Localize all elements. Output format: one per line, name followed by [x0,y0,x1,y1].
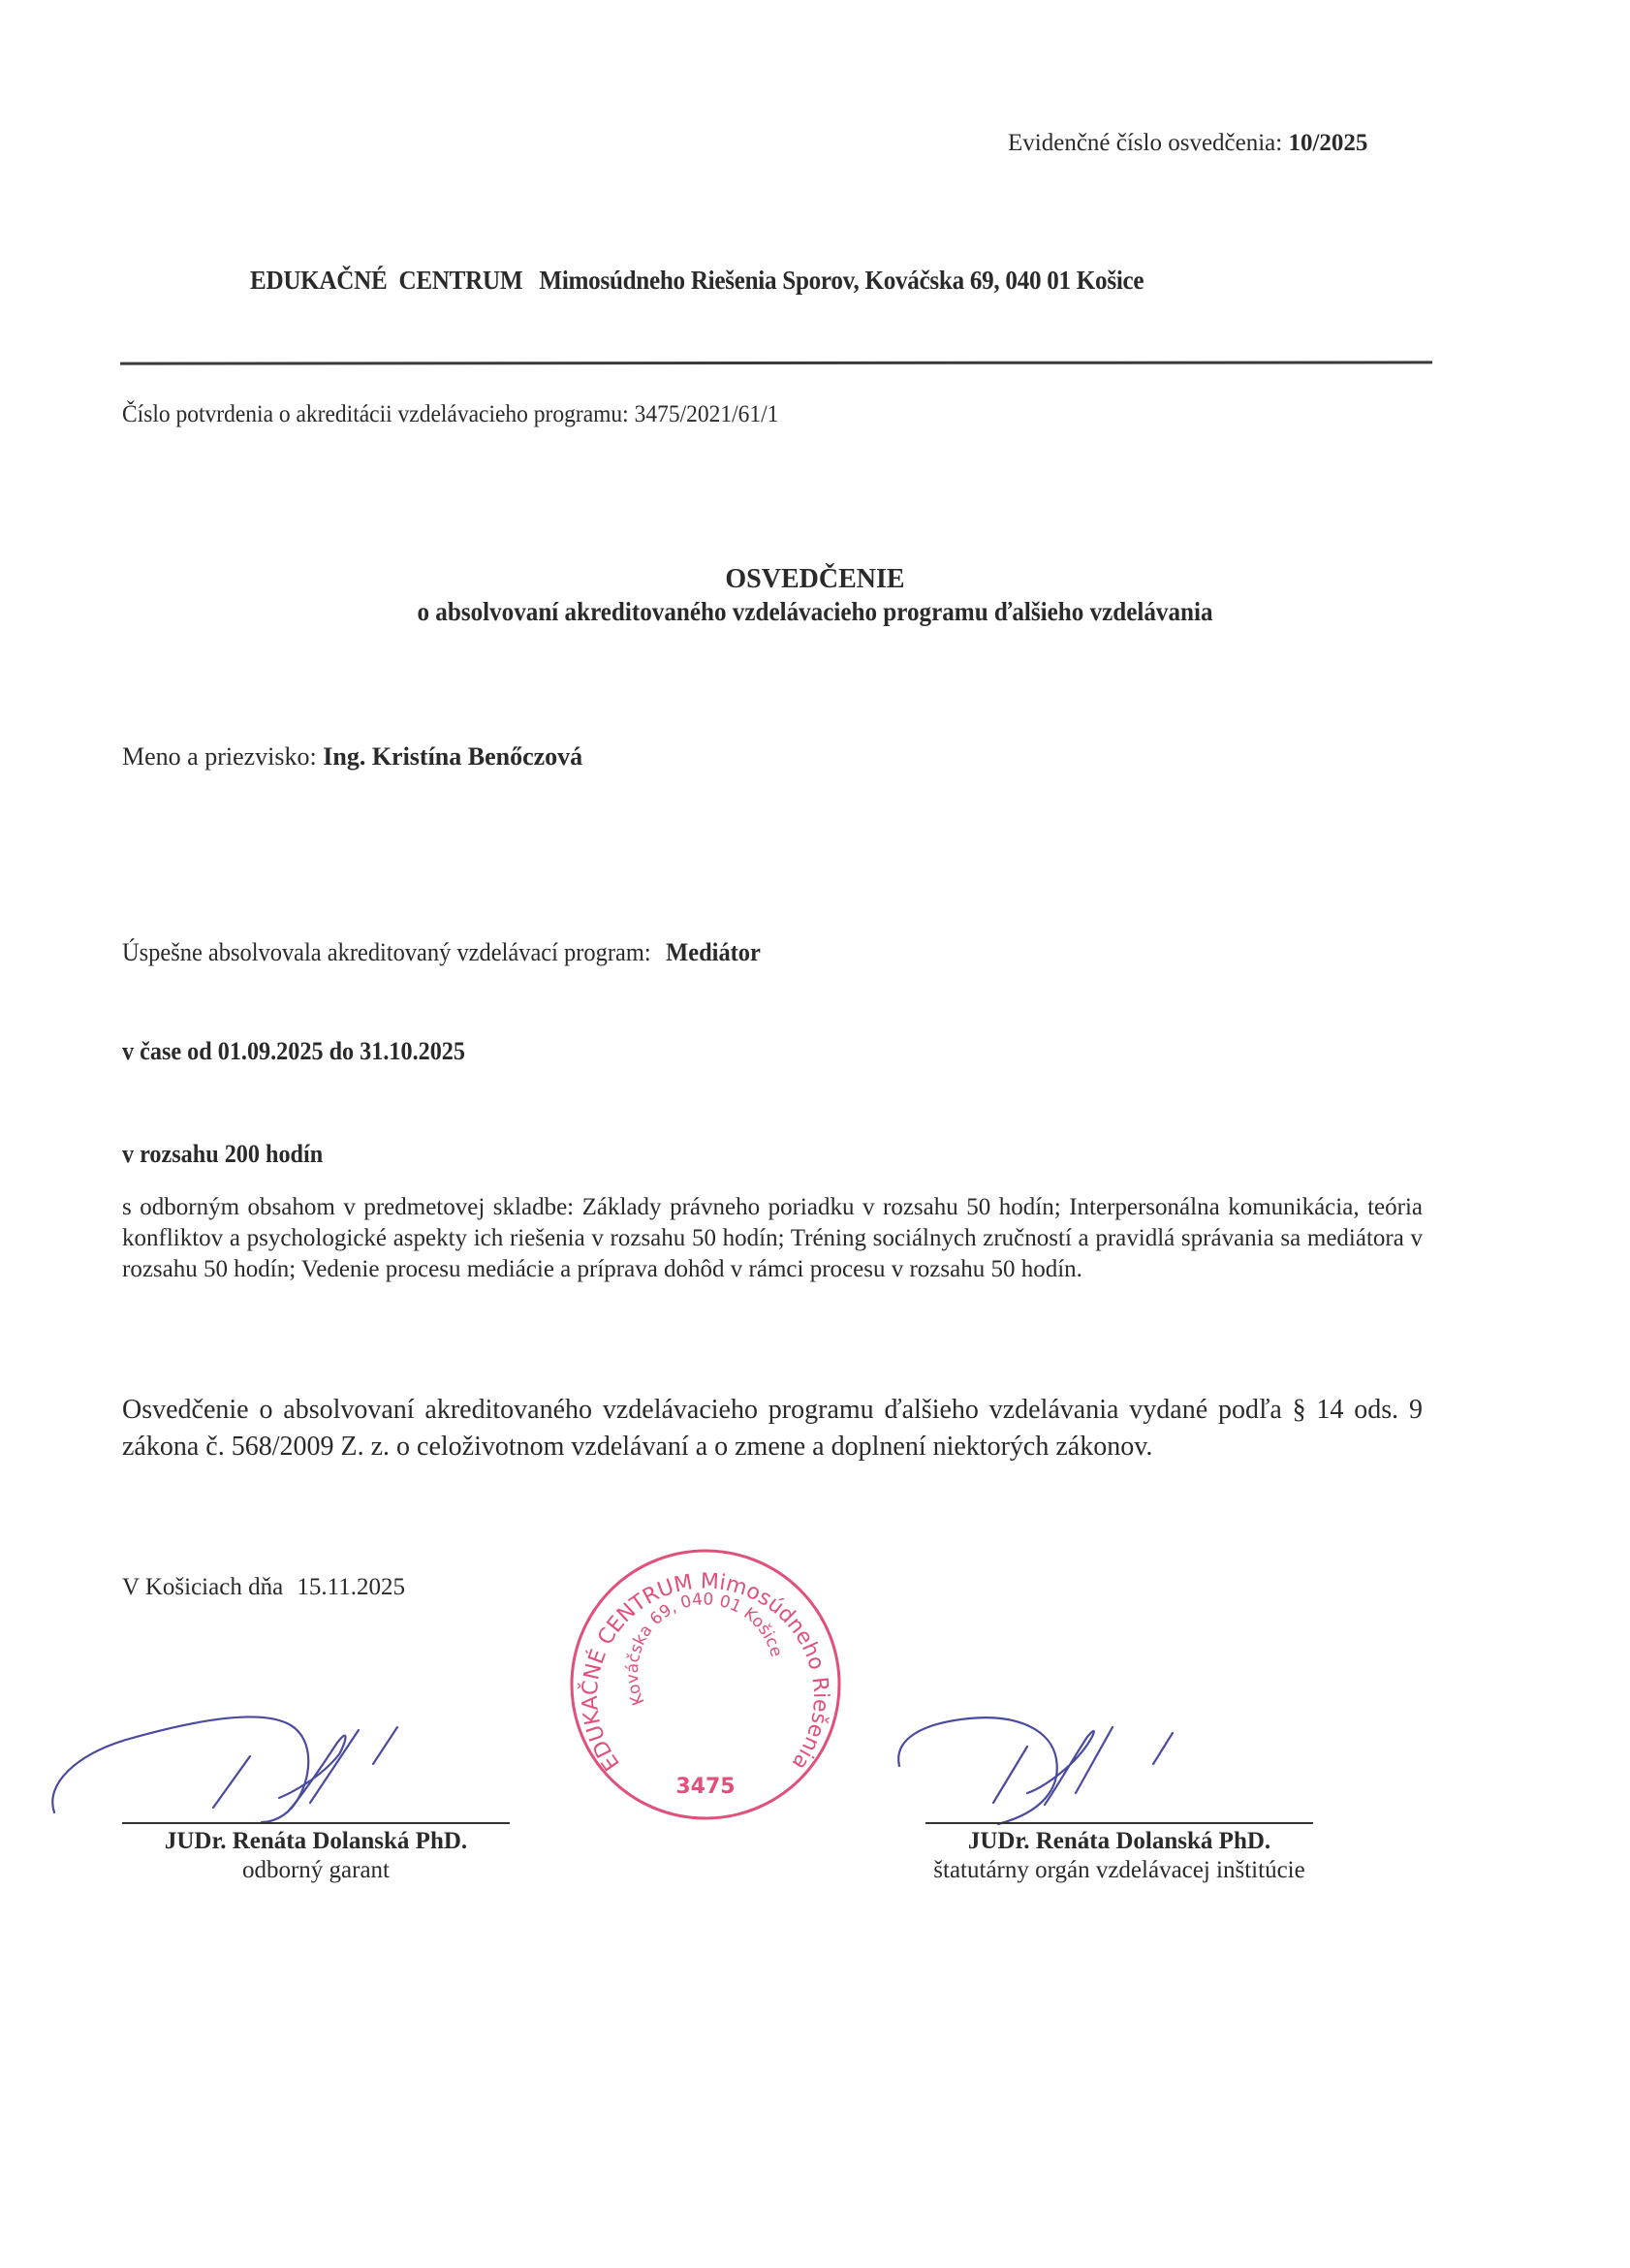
stamp-number: 3475 [675,1775,735,1799]
signature-right-icon [872,1686,1376,1842]
svg-text:EDUKAČNÉ CENTRUM Mimosúdneho R: EDUKAČNÉ CENTRUM Mimosúdneho Riešenia Sp… [560,1539,832,1775]
institution-address: Mimosúdneho Riešenia Sporov, Kováčska 69… [539,266,1144,295]
evidence-number: 10/2025 [1288,130,1367,156]
program-name: Mediátor [666,938,761,966]
signatory-role: odborný garant [122,1857,510,1884]
signature-line [122,1822,510,1824]
place-and-date: V Košiciach dňa 15.11.2025 [122,1574,405,1601]
recipient-name: Ing. Kristína Benőczová [323,742,582,771]
place-label: V Košiciach dňa [122,1574,283,1600]
institution-name: EDUKAČNÉ CENTRUM [250,266,522,295]
institution-stamp: EDUKAČNÉ CENTRUM Mimosúdneho Riešenia Sp… [560,1539,851,1830]
signatory-name: JUDr. Renáta Dolanská PhD. [925,1828,1313,1855]
recipient-name-line: Meno a priezvisko: Ing. Kristína Benőczo… [122,742,582,772]
document-subtitle: o absolvovaní akreditovaného vzdelávacie… [57,597,1573,627]
program-label: Úspešne absolvovala akreditovaný vzdeláv… [122,938,651,966]
signatory-role: štatutárny orgán vzdelávacej inštitúcie [896,1857,1342,1884]
name-label: Meno a priezvisko: [122,742,317,771]
signature-left-icon [39,1686,543,1842]
program-line: Úspešne absolvovala akreditovaný vzdeláv… [122,938,761,967]
evidence-number-label: Evidenčné číslo osvedčenia: [1008,130,1282,156]
document-title: OSVEDČENIE [0,564,1630,595]
header-divider [120,361,1432,364]
issue-date: 15.11.2025 [297,1574,405,1600]
course-period: v čase od 01.09.2025 do 31.10.2025 [122,1037,465,1066]
legal-statement: Osvedčenie o absolvovaní akreditovaného … [122,1392,1423,1465]
signatory-name: JUDr. Renáta Dolanská PhD. [122,1828,510,1855]
signature-block-left: JUDr. Renáta Dolanská PhD. odborný garan… [122,1822,510,1884]
accreditation-number: Číslo potvrdenia o akreditácii vzdelávac… [122,401,778,428]
signature-line [925,1822,1313,1824]
signature-block-right: JUDr. Renáta Dolanská PhD. štatutárny or… [925,1822,1313,1884]
course-content: s odborným obsahom v predmetovej skladbe… [122,1192,1423,1285]
course-scope: v rozsahu 200 hodín [122,1140,323,1169]
evidence-number-line: Evidenčné číslo osvedčenia: 10/2025 [1008,130,1367,157]
institution-header: EDUKAČNÉ CENTRUM Mimosúdneho Riešenia Sp… [250,266,1144,296]
stamp-outer-text: EDUKAČNÉ CENTRUM Mimosúdneho Riešenia Sp… [560,1539,832,1775]
